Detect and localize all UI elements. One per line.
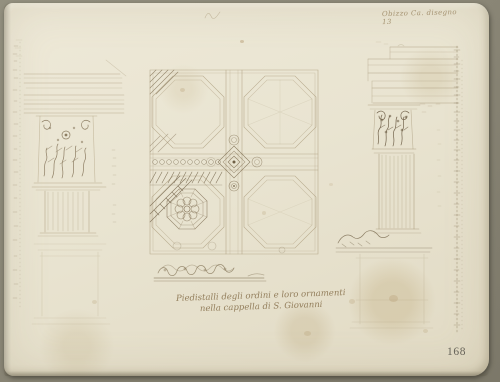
top-center-mark (205, 12, 220, 19)
band-rosette-circles (173, 135, 285, 253)
page-number-stamp: 168 (447, 346, 466, 358)
right-dimension-scale-strip (454, 46, 462, 332)
octagonal-coffer-top-right (244, 76, 316, 148)
left-margin-measure-ticks (13, 42, 116, 308)
left-fluted-shaft (38, 191, 98, 236)
left-corinthian-capital (32, 116, 106, 190)
central-flower-rosette (167, 189, 207, 229)
diamond-rosette (218, 146, 250, 178)
ornament-frieze-sketch (154, 265, 266, 282)
right-column-elevation (336, 42, 462, 332)
coffered-ceiling-plan (150, 70, 318, 254)
right-base-molding-sketch (336, 231, 432, 252)
right-fluted-shaft (374, 130, 441, 233)
octagonal-coffer-bottom-right (244, 176, 316, 248)
right-pedestal (350, 254, 433, 328)
top-right-inscription: Obizzo Ca. disegno 13 (382, 8, 468, 26)
scanned-drawing-sheet: Obizzo Ca. disegno 13 Piedistalli degli … (0, 0, 500, 382)
left-pedestal (32, 244, 110, 324)
right-entablature (368, 42, 458, 103)
plan-corner-hatching (150, 70, 178, 152)
left-entablature (15, 40, 126, 113)
ornament-hatching-bottom-left (150, 160, 222, 222)
right-corinthian-capital (368, 104, 440, 153)
left-pilaster-elevation (13, 40, 126, 324)
